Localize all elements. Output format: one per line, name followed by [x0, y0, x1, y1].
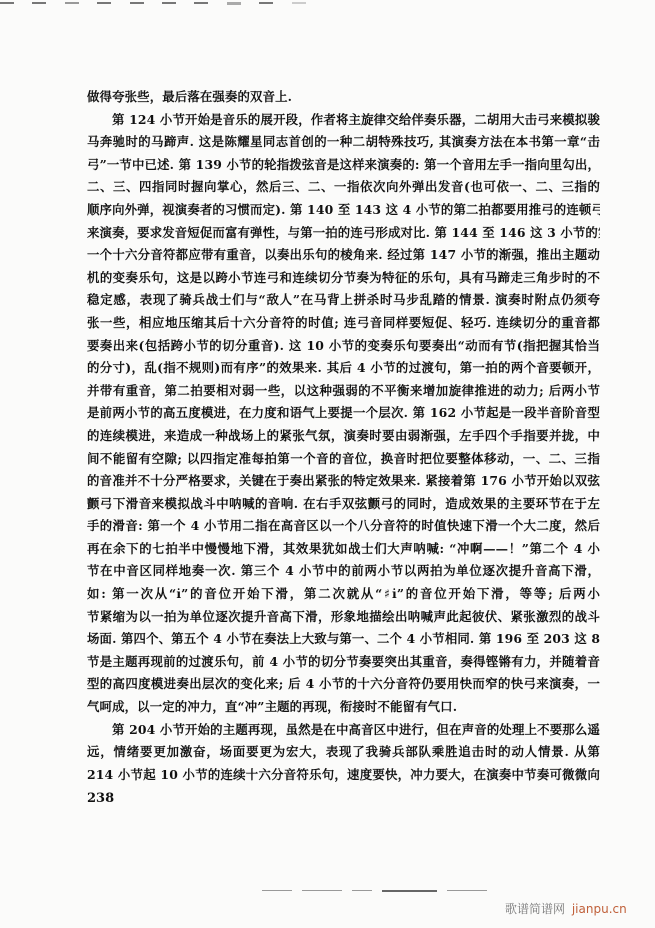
watermark: 歌谱简谱网 jianpu.cn	[505, 900, 627, 917]
page-number: 238	[87, 788, 600, 810]
text-line: 远，情绪要更加激奋，场面要更为宏大，表现了我骑兵部队乘胜追击时的动人情景. 从第	[87, 741, 600, 764]
text-line: 弓”一节中已述. 第 139 小节的轮指拨弦音是这样来演奏的: 第一个音用左手一…	[87, 154, 600, 177]
text-line: 的分寸)，乱(指不规则)而有序”的效果来. 其后 4 小节的过渡句，第一拍的两个…	[87, 357, 600, 380]
text-line: 来演奏，要求发音短促而富有弹性，与第一拍的连弓形成对比. 第 144 至 146…	[87, 222, 600, 245]
watermark-site-name: 歌谱简谱网	[505, 902, 565, 916]
text-line: 要奏出来(包括跨小节的切分重音). 这 10 小节的变奏乐句要奏出“动而有节(指…	[87, 335, 600, 358]
scan-mark	[194, 2, 208, 4]
scan-mark	[162, 2, 176, 4]
text-line: 机的变奏乐句，这是以跨小节连弓和连续切分节奏为特征的乐句，具有马蹄走三角步时的不	[87, 267, 600, 290]
text-line: 并带有重音，第二拍要相对弱一些，以这种强弱的不平衡来增加旋律推进的动力; 后两小…	[87, 380, 600, 403]
text-line: 的音准并不十分严格要求，关键在于奏出紧张的特定效果来. 紧接着第 176 小节开…	[87, 470, 600, 493]
scan-mark	[97, 2, 111, 4]
text-line: 再在余下的七拍半中慢慢地下滑，其效果犹如战士们大声呐喊: “冲啊——！”第二个 …	[87, 538, 600, 561]
text-line: 第 204 小节开始的主题再现，虽然是在中高音区中进行，但在声音的处理上不要那么…	[87, 719, 600, 742]
text-line: 节紧缩为以一拍为单位逐次提升音高下滑，形象地描绘出呐喊声此起彼伏、紧张激烈的战斗	[87, 606, 600, 629]
text-line: 二、三、四指同时握向掌心，然后三、二、一指依次向外弹出发音(也可依一、二、三指的	[87, 176, 600, 199]
scan-mark	[447, 890, 487, 891]
scan-mark	[259, 2, 273, 4]
text-line: 场面. 第四个、第五个 4 小节在奏法上大致与第一、二个 4 小节相同. 第 1…	[87, 628, 600, 651]
text-line: 张一些，相应地压缩其后十六分音符的时值; 连弓音同样要短促、轻巧. 连续切分的重…	[87, 312, 600, 335]
watermark-url: jianpu.cn	[572, 902, 627, 916]
text-line: 手的滑音: 第一个 4 小节用二指在高音区以一个八分音符的时值快速下滑一个大二度…	[87, 515, 600, 538]
text-line: 第 124 小节开始是音乐的展开段，作者将主旋律交给伴奏乐器，二胡用大击弓来模拟…	[87, 109, 600, 132]
scan-mark	[292, 2, 306, 4]
text-line: 是前两小节的高五度模进，在力度和语气上要提一个层次. 第 162 小节起是一段半…	[87, 402, 600, 425]
text-line: 间不能留有空隙; 以四指定准每拍第一个音的音位，换音时把位要整体移动，一、二、三…	[87, 448, 600, 471]
scan-mark	[32, 2, 46, 4]
scan-bottom-marks	[262, 890, 492, 893]
text-line: 的连续模进，来造成一种战场上的紧张气氛，演奏时要由弱渐强，左手四个手指要并拢，中	[87, 425, 600, 448]
text-line: 型的高四度模进奏出层次的变化来; 后 4 小节的十六分音符仍要用快而窄的快弓来演…	[87, 673, 600, 696]
text-line: 顺序向外弹，视演奏者的习惯而定). 第 140 至 143 这 4 小节的第二拍…	[87, 199, 600, 222]
text-line: 节在中音区同样地奏一次. 第三个 4 小节中的前两小节以两拍为单位逐次提升音高下…	[87, 560, 600, 583]
document-page: 做得夸张些，最后落在强奏的双音上.第 124 小节开始是音乐的展开段，作者将主旋…	[87, 86, 600, 810]
scan-edge-marks	[0, 0, 320, 8]
text-line: 节是主题再现前的过渡乐句，前 4 小节的切分节奏要突出其重音，奏得铿锵有力，并随…	[87, 651, 600, 674]
text-line: 马奔驰时的马蹄声. 这是陈耀星同志首创的一种二胡特殊技巧, 其演奏方法在本书第一…	[87, 131, 600, 154]
text-line: 214 小节起 10 小节的连续十六分音符乐句，速度要快，冲力要大，在演奏中节奏…	[87, 764, 600, 787]
text-line: 做得夸张些，最后落在强奏的双音上.	[87, 86, 600, 109]
scan-mark	[382, 890, 437, 892]
scan-mark	[65, 2, 79, 4]
scan-mark	[130, 2, 144, 4]
scan-mark	[302, 890, 342, 891]
scan-mark	[0, 2, 14, 4]
text-line: 颤弓下滑音来模拟战斗中呐喊的音响. 在右手双弦颤弓的同时，造成效果的主要环节在于…	[87, 493, 600, 516]
scan-mark	[262, 890, 292, 891]
text-line: 稳定感，表现了骑兵战士们与“敌人”在马背上拼杀时马步乱踏的情景. 演奏时附点仍须…	[87, 289, 600, 312]
scan-mark	[227, 2, 241, 5]
text-line: 如: 第一次从“i̇”的音位开始下滑，第二次就从“♯i̇”的音位开始下滑，等等;…	[87, 583, 600, 606]
text-line: 一个十六分音符都应带有重音，以奏出乐句的棱角来. 经过第 147 小节的渐强，推…	[87, 244, 600, 267]
scan-mark	[352, 890, 372, 891]
text-line: 气呵成，以一定的冲力，直“冲”主题的再现，衔接时不能留有气口.	[87, 696, 600, 719]
